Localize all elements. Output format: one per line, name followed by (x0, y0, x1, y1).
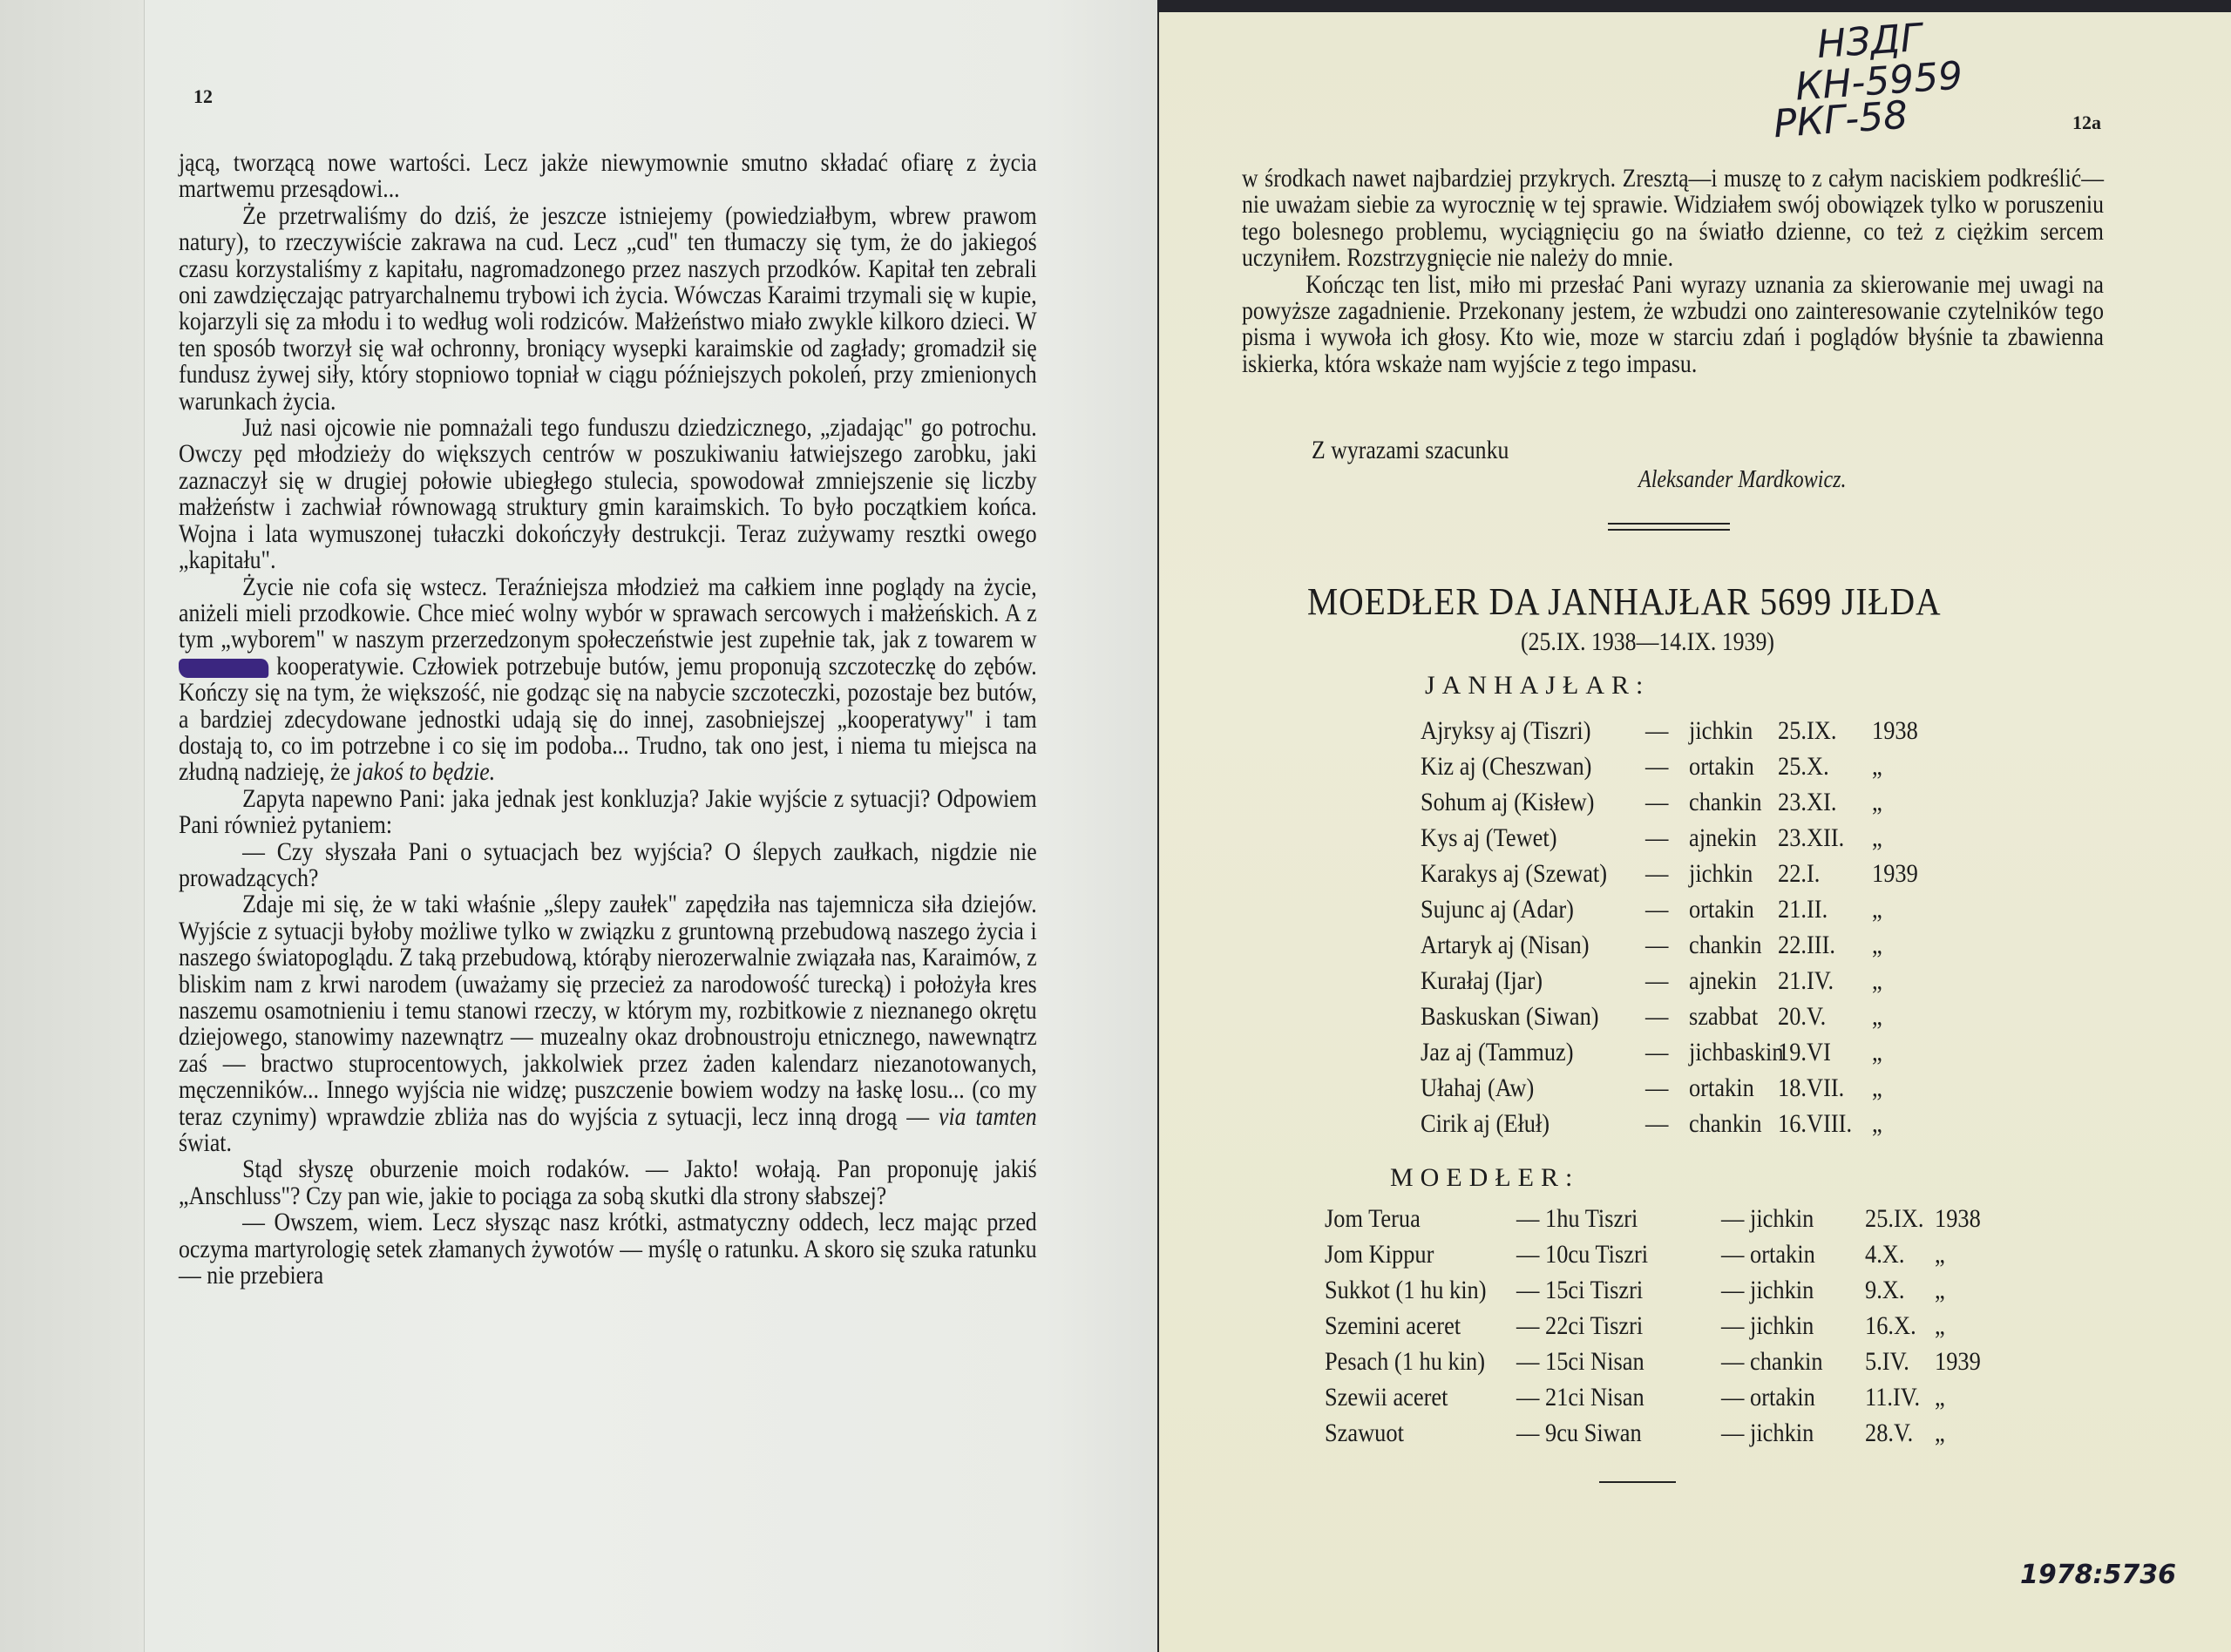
calendar-subtitle: (25.IX. 1938—14.IX. 1939) (1521, 627, 1774, 657)
weekday: — chankin (1721, 1347, 1823, 1377)
hebrew-date: — 15ci Nisan (1516, 1347, 1644, 1377)
page-edge (0, 0, 145, 1652)
weekday: chankin (1689, 1109, 1762, 1139)
weekday: ortakin (1689, 752, 1754, 782)
dash: — (1645, 895, 1668, 924)
paragraph: w środkach nawet najbardziej przykrych. … (1242, 166, 2104, 272)
year: „ (1872, 1073, 1882, 1103)
holiday-name: Szawuot (1325, 1418, 1404, 1448)
weekday: ajnekin (1689, 966, 1757, 996)
year: 1938 (1872, 716, 1918, 746)
paragraph: Życie nie cofa się wstecz. Teraźniejsza … (179, 574, 1037, 786)
holiday-name: Jom Terua (1325, 1204, 1421, 1234)
weekday: chankin (1689, 931, 1762, 960)
weekday: — ortakin (1721, 1383, 1815, 1412)
paragraph: Że przetrwaliśmy do dziś, że jeszcze ist… (179, 203, 1037, 415)
weekday: jichbaskin (1689, 1038, 1784, 1067)
dash: — (1645, 966, 1668, 996)
date: 5.IV. (1865, 1347, 1909, 1377)
italic-phrase: via tamten (939, 1102, 1037, 1131)
paragraph: Kończąc ten list, miło mi przesłać Pani … (1242, 272, 2104, 378)
dash: — (1645, 859, 1668, 889)
handwritten-inventory-number: 1978:5736 (2020, 1560, 2176, 1590)
month-name: Sohum aj (Kisłew) (1421, 788, 1594, 817)
dash: — (1645, 1073, 1668, 1103)
month-name: Baskuskan (Siwan) (1421, 1002, 1599, 1032)
hebrew-date: — 1hu Tiszri (1516, 1204, 1638, 1234)
right-page-text: w środkach nawet najbardziej przykrych. … (1242, 166, 2104, 377)
paragraph-part: Zdaje mi się, że w taki właśnie „ślepy z… (179, 890, 1037, 1130)
date: 18.VII. (1778, 1073, 1844, 1103)
paragraph: Zapyta napewno Pani: jaka jednak jest ko… (179, 786, 1037, 839)
weekday: ortakin (1689, 1073, 1754, 1103)
end-rule (1599, 1481, 1676, 1483)
hebrew-date: — 22ci Tiszri (1516, 1311, 1643, 1341)
year: „ (1935, 1418, 1945, 1448)
date: 9.X. (1865, 1276, 1904, 1305)
hebrew-date: — 15ci Tiszri (1516, 1276, 1643, 1305)
weekday: — jichkin (1721, 1311, 1814, 1341)
paragraph: — Czy słyszała Pani o sytuacjach bez wyj… (179, 839, 1037, 892)
month-name: Ułahaj (Aw) (1421, 1073, 1534, 1103)
date: 25.IX. (1865, 1204, 1923, 1234)
paragraph: Zdaje mi się, że w taki właśnie „ślepy z… (179, 891, 1037, 1156)
year: „ (1935, 1383, 1945, 1412)
month-name: Kys aj (Tewet) (1421, 823, 1557, 853)
holidays-heading: MOEDŁER: (1390, 1163, 1579, 1193)
year: „ (1872, 931, 1882, 960)
dash: — (1645, 823, 1668, 853)
dash: — (1645, 1109, 1668, 1139)
year: „ (1872, 895, 1882, 924)
dash: — (1645, 1038, 1668, 1067)
date: 11.IV. (1865, 1383, 1920, 1412)
hebrew-date: — 21ci Nisan (1516, 1383, 1644, 1412)
weekday: — ortakin (1721, 1240, 1815, 1269)
holiday-name: Pesach (1 hu kin) (1325, 1347, 1485, 1377)
paragraph: Już nasi ojcowie nie pomnażali tego fund… (179, 415, 1037, 573)
dash: — (1645, 716, 1668, 746)
year: „ (1872, 1038, 1882, 1067)
year: „ (1935, 1311, 1945, 1341)
year: 1939 (1935, 1347, 1981, 1377)
year: „ (1872, 1109, 1882, 1139)
weekday: szabbat (1689, 1002, 1758, 1032)
date: 21.IV. (1778, 966, 1834, 996)
paragraph: Stąd słyszę oburzenie moich rodaków. — J… (179, 1156, 1037, 1209)
year: „ (1935, 1240, 1945, 1269)
month-name: Karakys aj (Szewat) (1421, 859, 1607, 889)
year: „ (1872, 823, 1882, 853)
year: „ (1872, 788, 1882, 817)
year: 1939 (1872, 859, 1918, 889)
month-name: Artaryk aj (Nisan) (1421, 931, 1590, 960)
handwritten-shelfmark-3: РКГ-58 (1772, 93, 1909, 147)
weekday: — jichkin (1721, 1276, 1814, 1305)
months-heading: JANHAJŁAR: (1425, 671, 1650, 701)
left-page-text: jącą, tworzącą nowe wartości. Lecz jakże… (179, 150, 1037, 1289)
dash: — (1645, 1002, 1668, 1032)
date: 28.V. (1865, 1418, 1913, 1448)
weekday: jichkin (1689, 716, 1753, 746)
date: 20.V. (1778, 1002, 1826, 1032)
holiday-name: Szewii aceret (1325, 1383, 1448, 1412)
date: 23.XII. (1778, 823, 1844, 853)
month-name: Ajryksy aj (Tiszri) (1421, 716, 1591, 746)
date: 21.II. (1778, 895, 1828, 924)
date: 22.III. (1778, 931, 1835, 960)
dash: — (1645, 752, 1668, 782)
date: 19.VI (1778, 1038, 1831, 1067)
year: „ (1872, 1002, 1882, 1032)
month-name: Jaz aj (Tammuz) (1421, 1038, 1574, 1067)
month-name: Sujunc aj (Adar) (1421, 895, 1574, 924)
weekday: chankin (1689, 788, 1762, 817)
date: 16.VIII. (1778, 1109, 1852, 1139)
month-name: Kiz aj (Cheszwan) (1421, 752, 1591, 782)
italic-phrase: jakoś to będzie. (356, 757, 495, 786)
letter-closing: Z wyrazami szacunku (1312, 436, 1509, 465)
date: 16.X. (1865, 1311, 1916, 1341)
paragraph-part: świat. (179, 1128, 232, 1157)
year: 1938 (1935, 1204, 1981, 1234)
ink-blot (179, 659, 268, 678)
calendar-title: MOEDŁER DA JANHAJŁAR 5699 JIŁDA (1307, 579, 1941, 624)
paragraph: jącą, tworzącą nowe wartości. Lecz jakże… (179, 150, 1037, 203)
double-rule-divider (1608, 523, 1730, 531)
year: „ (1872, 966, 1882, 996)
date: 22.I. (1778, 859, 1820, 889)
paragraph-part: Życie nie cofa się wstecz. Teraźniejsza … (179, 572, 1037, 654)
paragraph: — Owszem, wiem. Lecz słysząc nasz krótki… (179, 1209, 1037, 1289)
weekday: — jichkin (1721, 1204, 1814, 1234)
holiday-name: Jom Kippur (1325, 1240, 1434, 1269)
date: 25.IX. (1778, 716, 1836, 746)
hebrew-date: — 10cu Tiszri (1516, 1240, 1648, 1269)
weekday: ortakin (1689, 895, 1754, 924)
date: 23.XI. (1778, 788, 1836, 817)
weekday: ajnekin (1689, 823, 1757, 853)
date: 25.X. (1778, 752, 1829, 782)
dash: — (1645, 931, 1668, 960)
holiday-name: Sukkot (1 hu kin) (1325, 1276, 1487, 1305)
year: „ (1872, 752, 1882, 782)
holiday-name: Szemini aceret (1325, 1311, 1461, 1341)
page-number-left: 12 (193, 85, 213, 108)
dash: — (1645, 788, 1668, 817)
letter-signature: Aleksander Mardkowicz. (1638, 466, 1847, 494)
weekday: — jichkin (1721, 1418, 1814, 1448)
year: „ (1935, 1276, 1945, 1305)
page-number-right: 12a (2072, 112, 2101, 134)
paragraph-part: kooperatywie. Człowiek potrzebuje butów,… (179, 652, 1037, 787)
month-name: Cirik aj (Ełuł) (1421, 1109, 1549, 1139)
weekday: jichkin (1689, 859, 1753, 889)
month-name: Kurałaj (Ijar) (1421, 966, 1543, 996)
hebrew-date: — 9cu Siwan (1516, 1418, 1642, 1448)
date: 4.X. (1865, 1240, 1904, 1269)
